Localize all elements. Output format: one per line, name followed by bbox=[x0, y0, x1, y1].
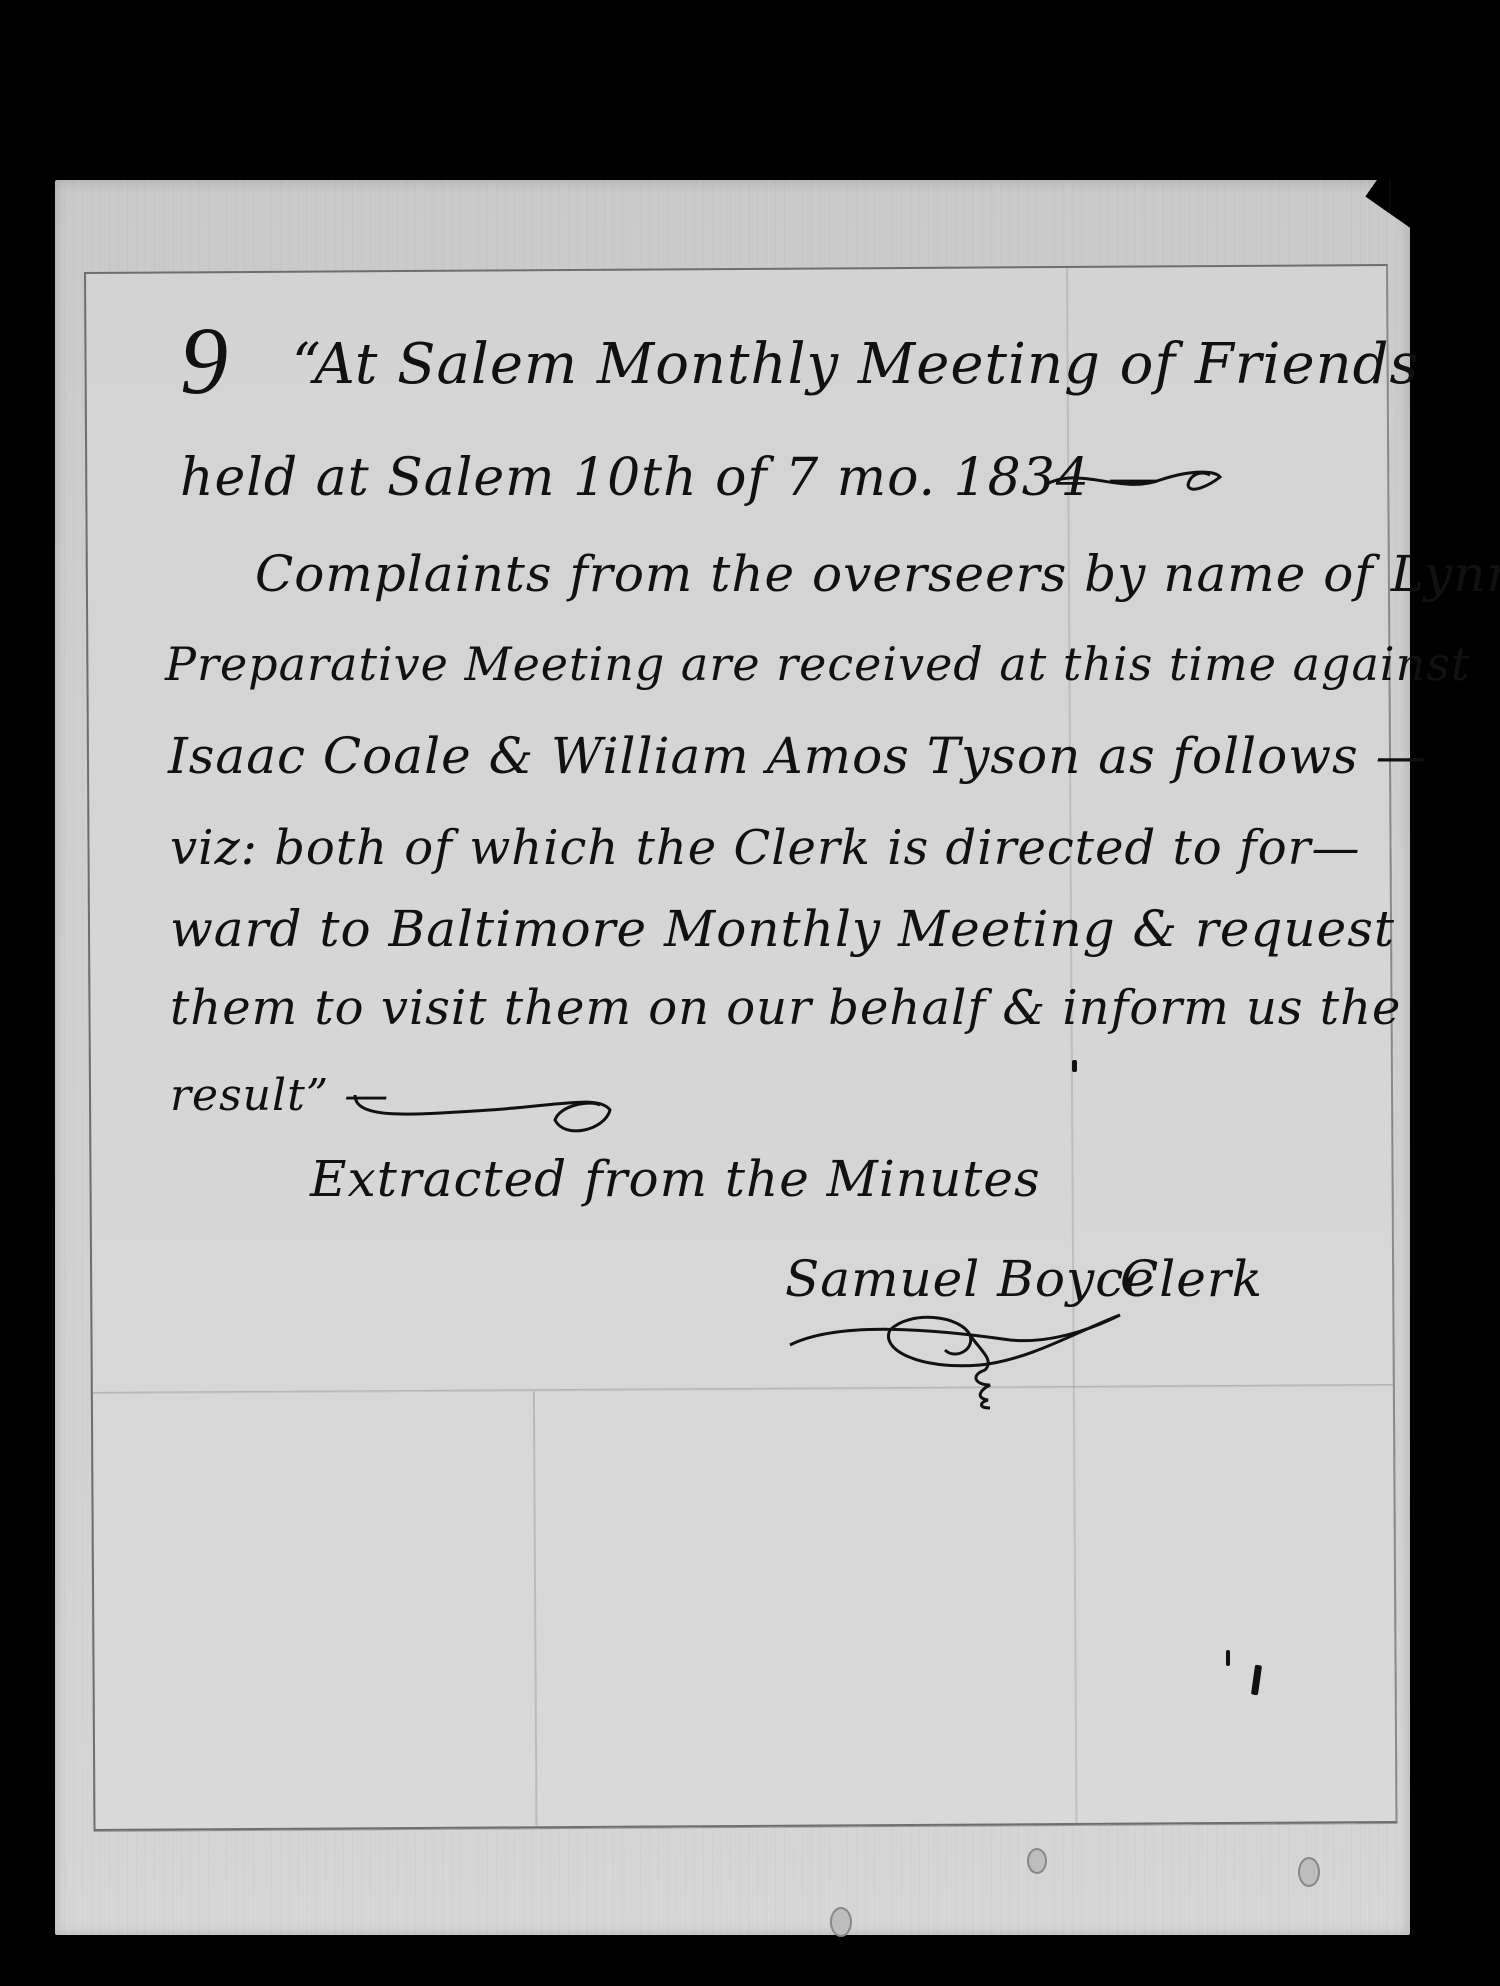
result-flourish bbox=[350, 1075, 650, 1145]
paper-spot bbox=[1027, 1848, 1047, 1874]
signature-paraph bbox=[780, 1290, 1140, 1410]
ink-dot bbox=[1072, 1060, 1077, 1072]
minute-line-4: Preparative Meeting are received at this… bbox=[165, 637, 1470, 691]
horizontal-fold-line bbox=[93, 1384, 1393, 1395]
minute-line-6: viz: both of which the Clerk is directed… bbox=[170, 820, 1361, 876]
date-flourish bbox=[1040, 455, 1230, 505]
minute-line-5: Isaac Coale & William Amos Tyson as foll… bbox=[168, 727, 1427, 785]
paper-spot bbox=[830, 1907, 852, 1937]
signature-title: Clerk bbox=[1120, 1250, 1263, 1308]
minute-line-2: held at Salem 10th of 7 mo. 1834 — bbox=[180, 448, 1160, 508]
minute-line-1: “At Salem Monthly Meeting of Friends bbox=[292, 332, 1419, 397]
minute-line-3: Complaints from the overseers by name of… bbox=[255, 545, 1500, 603]
ink-blot-small bbox=[1226, 1650, 1230, 1666]
lower-vertical-fold-line bbox=[533, 1391, 538, 1826]
paper-spot bbox=[1298, 1857, 1320, 1887]
folio-number: 9 bbox=[180, 305, 228, 416]
minute-line-7: ward to Baltimore Monthly Meeting & requ… bbox=[170, 900, 1395, 958]
attestation-text: Extracted from the Minutes bbox=[310, 1150, 1041, 1208]
minute-line-8: them to visit them on our behalf & infor… bbox=[170, 980, 1401, 1036]
